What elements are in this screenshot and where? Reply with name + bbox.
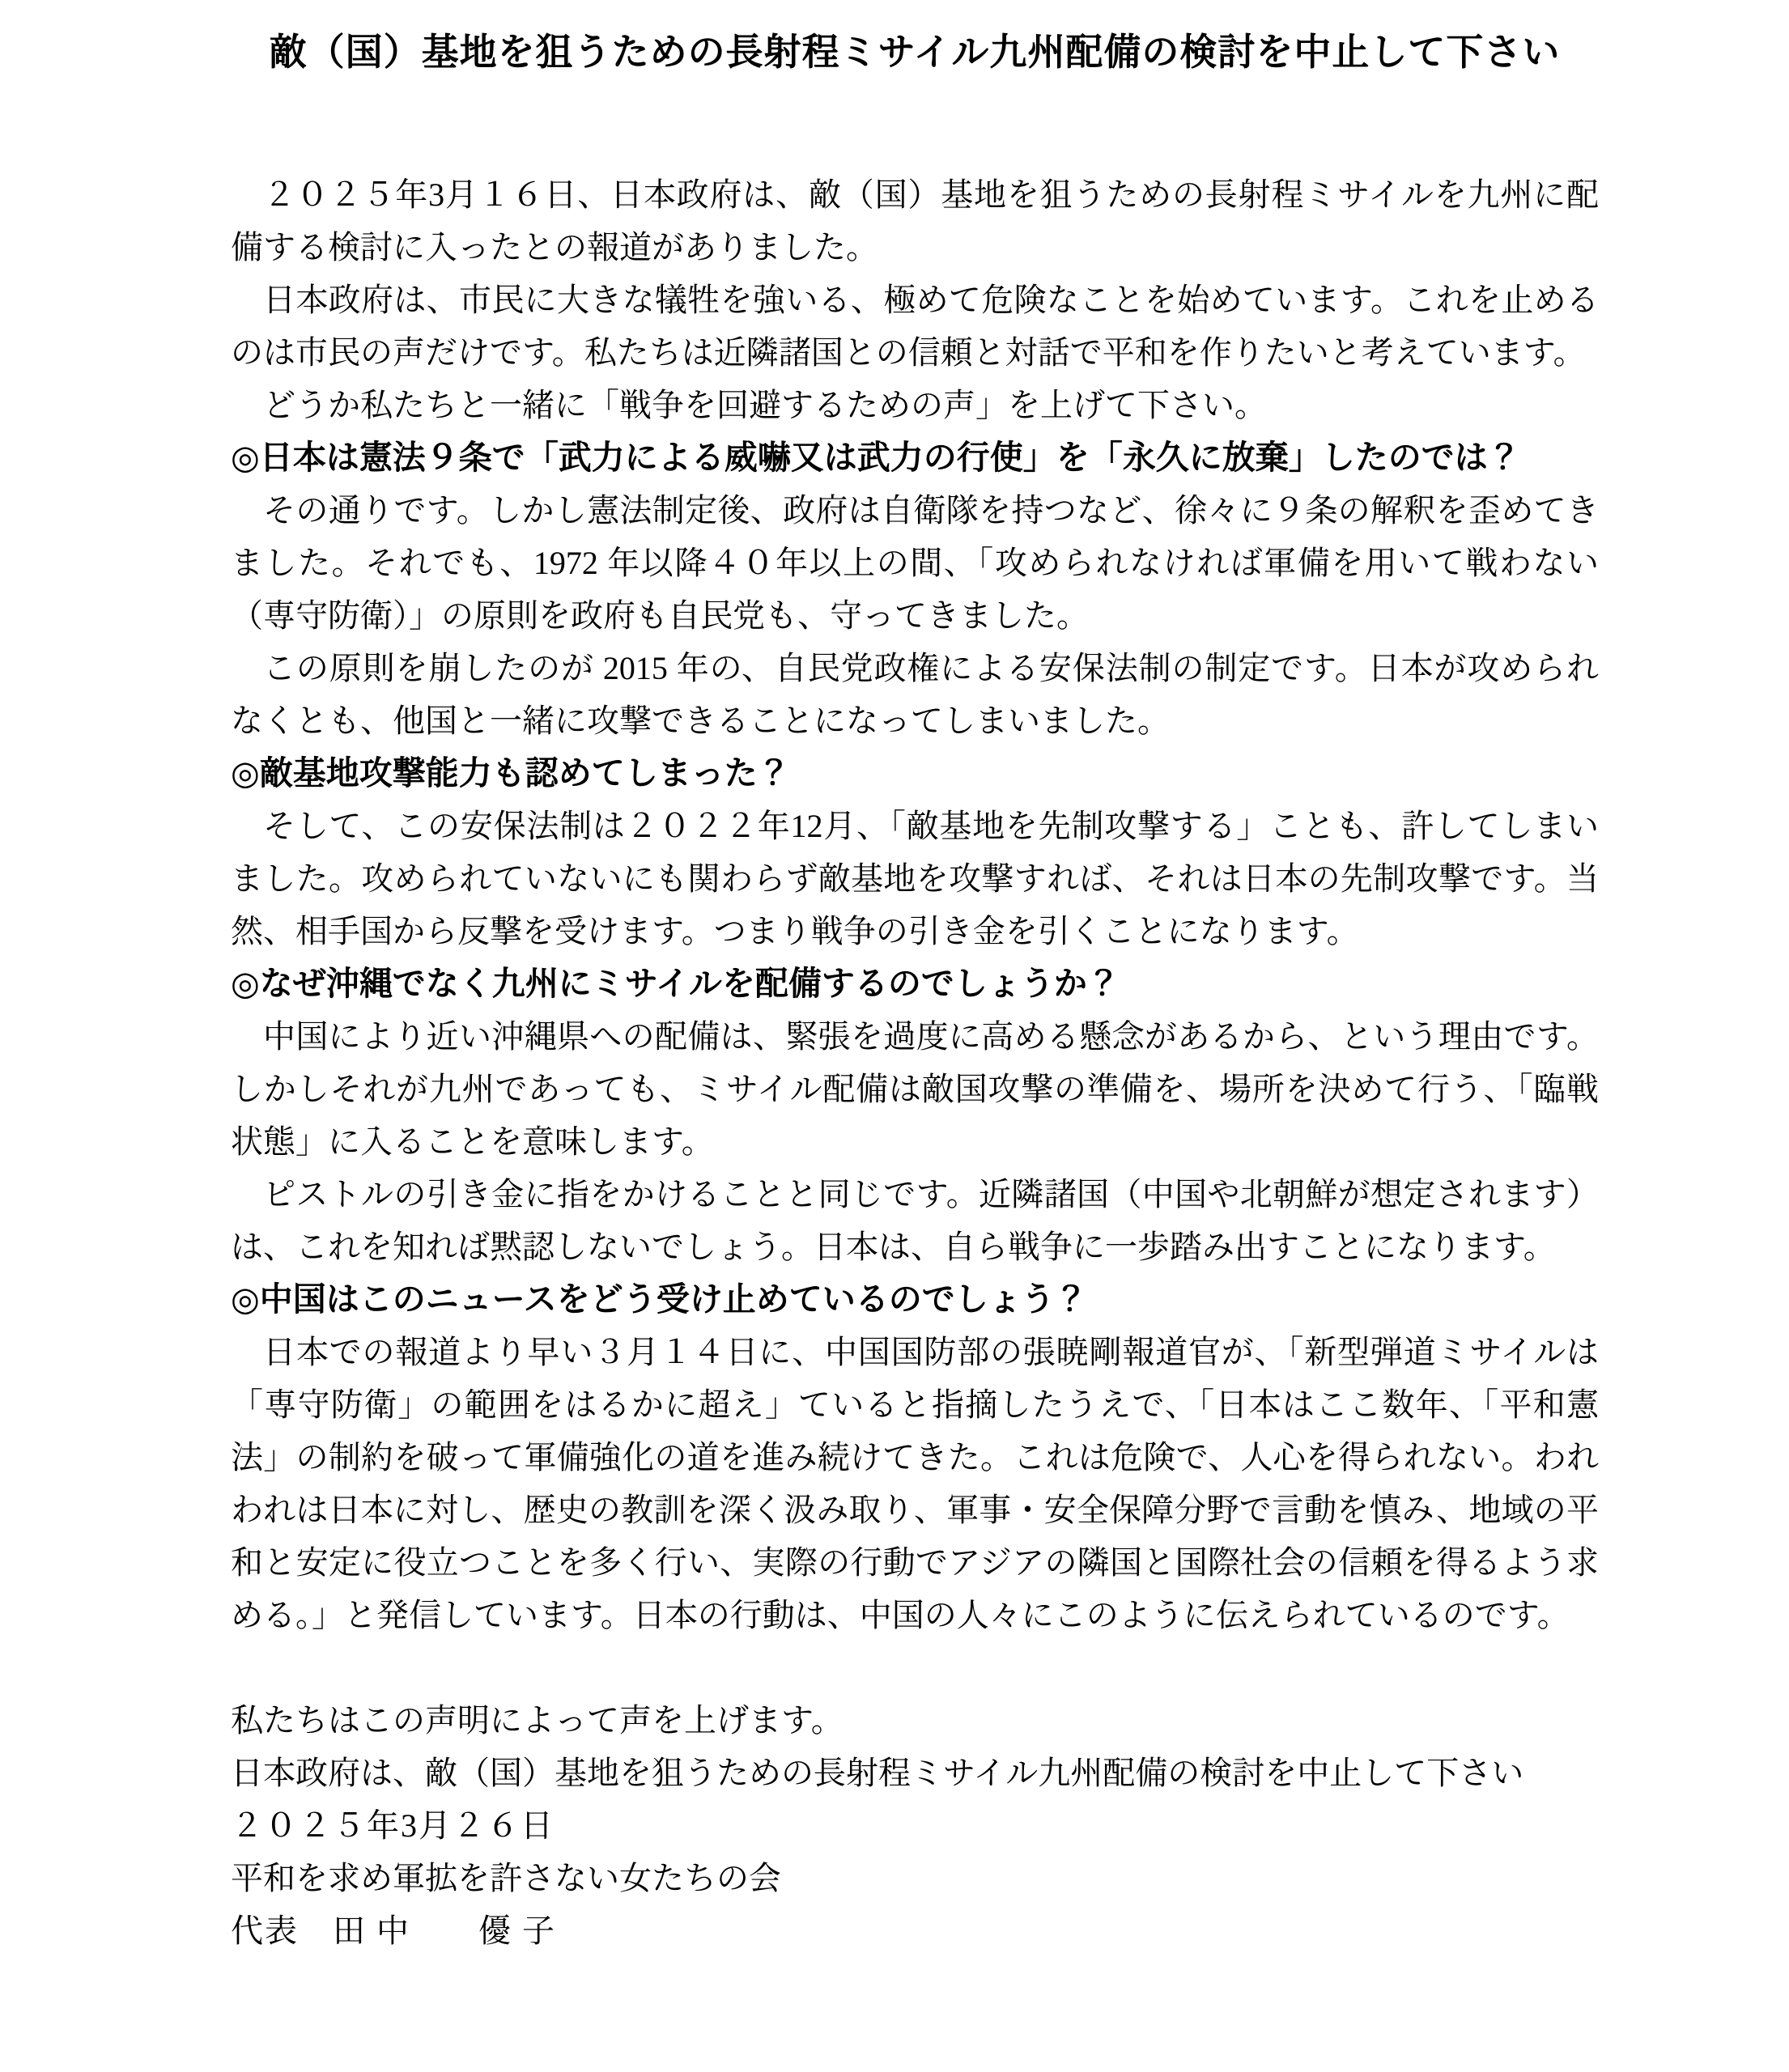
section-constitution-paragraph-1: その通りです。しかし憲法制定後、政府は自衛隊を持つなど、徐々に９条の解釈を歪めて… — [231, 484, 1599, 642]
document-date: ２０２５年3月２６日 — [231, 1799, 1599, 1852]
section-heading-enemy-base-strike: ◎敵基地攻撃能力も認めてしまった？ — [231, 747, 1599, 800]
closing-statement-2: 日本政府は、敵（国）基地を狙うための長射程ミサイル九州配備の検討を中止して下さい — [231, 1747, 1599, 1799]
section-enemy-base-strike-paragraph-1: そして、この安保法制は２０２２年12月、「敵基地を先制攻撃する」ことも、許してし… — [231, 800, 1599, 957]
intro-paragraph-3: どうか私たちと一緒に「戦争を回避するための声」を上げて下さい。 — [231, 379, 1599, 431]
organization-name: 平和を求め軍拡を許さない女たちの会 — [231, 1852, 1599, 1904]
section-why-kyushu-paragraph-2: ピストルの引き金に指をかけることと同じです。近隣諸国（中国や北朝鮮が想定されます… — [231, 1168, 1599, 1273]
intro-paragraph-2: 日本政府は、市民に大きな犠牲を強いる、極めて危険なことを始めています。これを止め… — [231, 274, 1599, 379]
section-heading-constitution: ◎日本は憲法９条で「武力による威嚇又は武力の行使」を「永久に放棄」したのでは？ — [231, 431, 1599, 484]
closing-block: 私たちはこの声明によって声を上げます。 日本政府は、敵（国）基地を狙うための長射… — [231, 1694, 1599, 1799]
section-china-reaction-paragraph-1: 日本での報道より早い３月１４日に、中国国防部の張暁剛報道官が、「新型弾道ミサイル… — [231, 1326, 1599, 1641]
page-title: 敵（国）基地を狙うための長射程ミサイル九州配備の検討を中止して下さい — [231, 24, 1599, 81]
representative-name: 代表 田 中 優 子 — [231, 1904, 1599, 1957]
intro-paragraph-1: ２０２５年3月１６日、日本政府は、敵（国）基地を狙うための長射程ミサイルを九州に… — [231, 168, 1599, 274]
section-why-kyushu-paragraph-1: 中国により近い沖縄県への配備は、緊張を過度に高める懸念があるから、という理由です… — [231, 1010, 1599, 1168]
section-heading-china-reaction: ◎中国はこのニュースをどう受け止めているのでしょう？ — [231, 1273, 1599, 1326]
section-constitution-paragraph-2: この原則を崩したのが 2015 年の、自民党政権による安保法制の制定です。日本が… — [231, 642, 1599, 747]
section-heading-why-kyushu: ◎なぜ沖縄でなく九州にミサイルを配備するのでしょうか？ — [231, 957, 1599, 1010]
closing-statement-1: 私たちはこの声明によって声を上げます。 — [231, 1694, 1599, 1747]
document-page: 敵（国）基地を狙うための長射程ミサイル九州配備の検討を中止して下さい ２０２５年… — [0, 0, 1789, 2072]
